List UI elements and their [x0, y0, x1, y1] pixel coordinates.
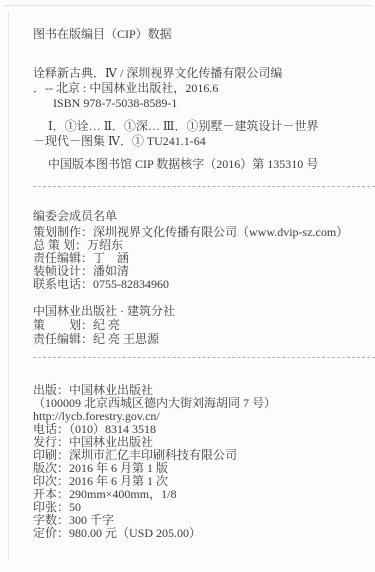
dashed-divider-2 — [33, 357, 375, 358]
division-header: 中国林业出版社 · 建筑分社 — [33, 304, 375, 318]
page-content: 图书在版编目（CIP）数据 诠释新古典．Ⅳ / 深圳视界文化传播有限公司编 ．-… — [33, 0, 375, 540]
cip-registry-line: 中国版本图书馆 CIP 数据核字（2016）第 135310 号 — [33, 157, 375, 172]
division-line-editors: 责任编辑：纪 亮 王思源 — [33, 332, 375, 346]
pub-line-format: 开本：290mm×400mm，1/8 — [33, 488, 375, 501]
committee-header: 编委会成员名单 — [33, 209, 375, 223]
classification-line-1: Ⅰ．①诠… Ⅱ．①深… Ⅲ．①别墅－建筑设计－世界 — [33, 119, 375, 134]
page-edge-left — [8, 12, 9, 560]
cip-header: 图书在版编目（CIP）数据 — [33, 27, 375, 41]
pub-line-price: 定价：980.00 元（USD 205.00） — [33, 527, 375, 540]
classification-line-2: －现代－图集 Ⅳ．① TU241.1-64 — [33, 134, 375, 149]
publication-block: 出版：中国林业出版社 （100009 北京西城区德内大街刘海胡同 7 号） ht… — [33, 384, 375, 540]
dashed-divider-1 — [33, 186, 375, 187]
cip-copyright-page: 图书在版编目（CIP）数据 诠释新古典．Ⅳ / 深圳视界文化传播有限公司编 ．-… — [0, 0, 375, 572]
book-title-line: 诠释新古典．Ⅳ / 深圳视界文化传播有限公司编 — [33, 66, 375, 81]
isbn-line: ISBN 978-7-5038-8589-1 — [33, 96, 375, 111]
credit-line-phone: 联系电话：0755-82834960 — [33, 278, 375, 291]
book-edition-line: ．-- 北京 : 中国林业出版社，2016.6 — [33, 81, 375, 96]
division-line-planner: 策 划：纪 亮 — [33, 318, 375, 332]
